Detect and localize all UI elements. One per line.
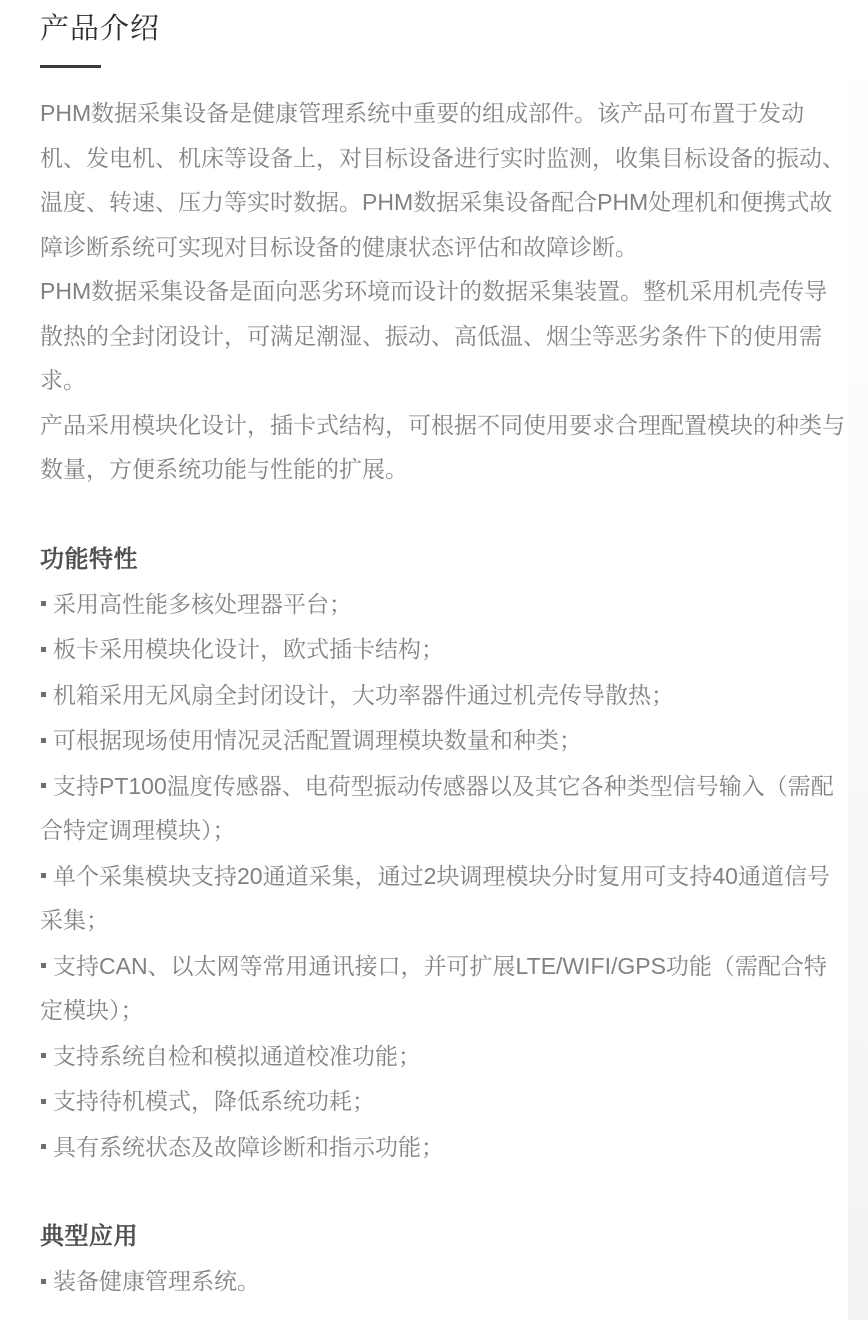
feature-text: 可根据现场使用情况灵活配置调理模块数量和种类；	[53, 727, 582, 753]
bullet-icon	[41, 873, 46, 878]
bullet-icon	[41, 1099, 46, 1104]
feature-item: 单个采集模块支持20通道采集，通过2块调理模块分时复用可支持40通道信号采集；	[40, 854, 846, 943]
bullet-icon	[41, 1144, 46, 1149]
intro-paragraph-3: 产品采用模块化设计，插卡式结构，可根据不同使用要求合理配置模块的种类与数量，方便…	[40, 403, 846, 492]
features-heading: 功能特性	[40, 544, 848, 575]
feature-text: 支持系统自检和模拟通道校准功能；	[53, 1043, 421, 1069]
feature-text: 支持待机模式，降低系统功耗；	[53, 1088, 375, 1114]
intro-section: PHM数据采集设备是健康管理系统中重要的组成部件。该产品可布置于发动机、发电机、…	[40, 91, 846, 492]
feature-text: 具有系统状态及故障诊断和指示功能；	[53, 1134, 444, 1160]
feature-text: 机箱采用无风扇全封闭设计，大功率器件通过机壳传导散热；	[53, 682, 674, 708]
bullet-icon	[41, 1053, 46, 1058]
feature-text: 支持CAN、以太网等常用通讯接口，并可扩展LTE/WIFI/GPS功能（需配合特…	[40, 953, 827, 1024]
bullet-icon	[41, 963, 46, 968]
product-intro-page: 产品介绍 PHM数据采集设备是健康管理系统中重要的组成部件。该产品可布置于发动机…	[0, 0, 868, 1304]
bullet-icon	[41, 783, 46, 788]
application-text: 装备健康管理系统。	[53, 1268, 260, 1294]
feature-item: 支持待机模式，降低系统功耗；	[40, 1079, 846, 1124]
applications-list: 装备健康管理系统。	[40, 1259, 846, 1304]
application-item: 装备健康管理系统。	[40, 1259, 846, 1304]
bullet-icon	[41, 692, 46, 697]
feature-item: 支持系统自检和模拟通道校准功能；	[40, 1034, 846, 1079]
feature-item: 可根据现场使用情况灵活配置调理模块数量和种类；	[40, 718, 846, 763]
feature-text: 支持PT100温度传感器、电荷型振动传感器以及其它各种类型信号输入（需配合特定调…	[40, 773, 834, 844]
feature-item: 具有系统状态及故障诊断和指示功能；	[40, 1125, 846, 1170]
title-divider	[40, 65, 101, 68]
feature-item: 支持CAN、以太网等常用通讯接口，并可扩展LTE/WIFI/GPS功能（需配合特…	[40, 944, 846, 1033]
feature-text: 单个采集模块支持20通道采集，通过2块调理模块分时复用可支持40通道信号采集；	[40, 863, 830, 934]
feature-item: 支持PT100温度传感器、电荷型振动传感器以及其它各种类型信号输入（需配合特定调…	[40, 764, 846, 853]
feature-text: 板卡采用模块化设计，欧式插卡结构；	[53, 636, 444, 662]
applications-heading: 典型应用	[40, 1221, 848, 1252]
feature-item: 板卡采用模块化设计，欧式插卡结构；	[40, 627, 846, 672]
bullet-icon	[41, 601, 46, 606]
feature-item: 机箱采用无风扇全封闭设计，大功率器件通过机壳传导散热；	[40, 673, 846, 718]
bullet-icon	[41, 1279, 46, 1284]
intro-paragraph-1: PHM数据采集设备是健康管理系统中重要的组成部件。该产品可布置于发动机、发电机、…	[40, 91, 846, 269]
feature-item: 采用高性能多核处理器平台；	[40, 582, 846, 627]
intro-paragraph-2: PHM数据采集设备是面向恶劣环境而设计的数据采集装置。整机采用机壳传导散热的全封…	[40, 269, 846, 403]
features-list: 采用高性能多核处理器平台； 板卡采用模块化设计，欧式插卡结构； 机箱采用无风扇全…	[40, 582, 846, 1170]
bullet-icon	[41, 647, 46, 652]
bullet-icon	[41, 738, 46, 743]
page-title: 产品介绍	[40, 8, 848, 50]
feature-text: 采用高性能多核处理器平台；	[53, 591, 352, 617]
